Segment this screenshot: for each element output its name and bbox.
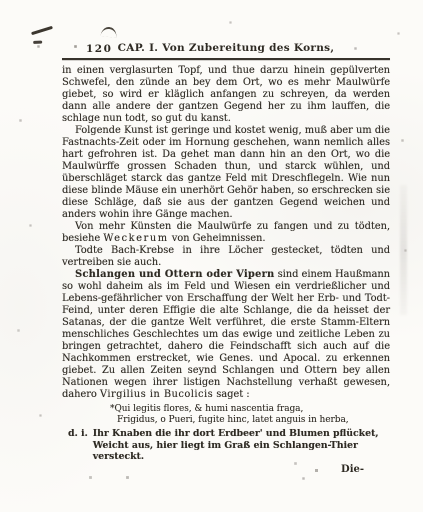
scanned-book-page: 120 CAP. I. Von Zubereitung des Korns, i… — [0, 0, 423, 512]
latin-verse-line-1: *Qui legitis flores, & humi nascentia fr… — [110, 404, 390, 415]
paragraph-bachkrebse: Todte Bach-Krebse in ihre Löcher gesteck… — [62, 245, 390, 269]
translation-line-2: Weicht aus, hier liegt im Graß ein Schla… — [93, 440, 390, 463]
paragraph-folgende-kunst: Folgende Kunst ist geringe und kostet we… — [62, 125, 390, 221]
paragraph-weckerum-post: von Geheimnissen. — [169, 233, 266, 244]
page-content: 120 CAP. I. Von Zubereitung des Korns, i… — [62, 42, 390, 475]
running-header: 120 CAP. I. Von Zubereitung des Korns, — [62, 42, 390, 57]
header-rule — [62, 58, 390, 60]
latin-verse: *Qui legitis flores, & humi nascentia fr… — [110, 404, 390, 426]
translation-prefix: d. i. — [68, 428, 88, 463]
page-number: 120 — [86, 43, 112, 55]
paragraph-schlangen: Schlangen und Ottern oder Vipern sind ei… — [62, 269, 390, 401]
author-name-weckerum: Weckerum — [103, 233, 168, 244]
paragraph-weckerum: Von mehr Künsten die Maulwürfe zu fangen… — [62, 221, 390, 245]
author-name-virgilius: Virgilius in Bucolicis — [100, 389, 213, 400]
catchword: Die- — [62, 464, 364, 475]
curl-mark-artifact — [100, 26, 117, 38]
paragraph-schlangen-mid: sind einem Haußmann so wohl daheim als i… — [62, 269, 390, 400]
pen-mark-artifact — [31, 26, 53, 35]
body-text: in einen verglasurten Topf, und thue dar… — [62, 65, 390, 401]
scan-speckles — [0, 0, 1, 1]
paragraph-topf: in einen verglasurten Topf, und thue dar… — [62, 65, 390, 125]
scan-edge-streak — [400, 185, 407, 315]
latin-verse-line-2: Frigidus, o Pueri, fugite hinc, latet an… — [117, 415, 390, 426]
keyword-schlangen-ottern: Schlangen und Ottern oder Vipern — [75, 269, 274, 280]
paragraph-schlangen-tail: saget : — [213, 389, 249, 400]
translation-lines: Ihr Knaben die ihr dort Erdbeer' und Blu… — [93, 428, 390, 463]
translation-line-1: Ihr Knaben die ihr dort Erdbeer' und Blu… — [93, 428, 390, 440]
german-translation: d. i. Ihr Knaben die ihr dort Erdbeer' u… — [68, 428, 390, 463]
